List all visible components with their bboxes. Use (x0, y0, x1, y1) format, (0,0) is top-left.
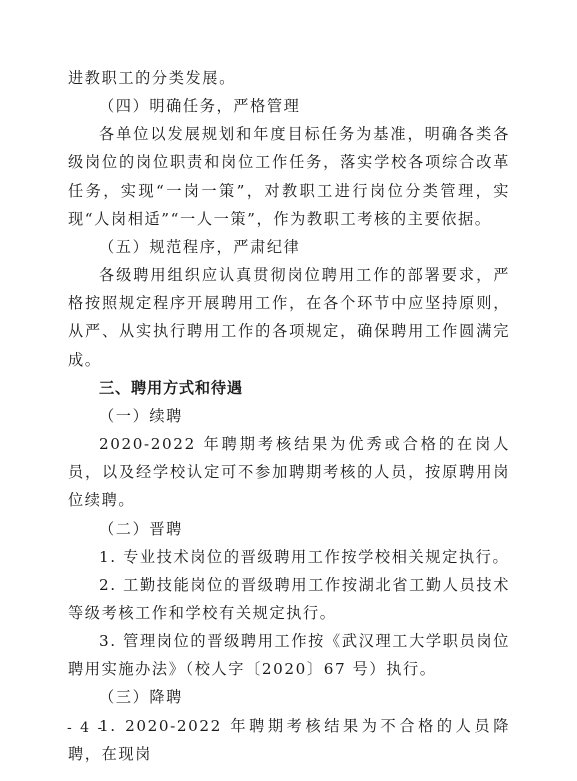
paragraph-continuation: 进教职工的分类发展。 (68, 64, 510, 92)
list-item-promotion-2: 2. 工勤技能岗位的晋级聘用工作按湖北省工勤人员技术等级考核工作和学校有关规定执… (68, 571, 510, 627)
subhead-standardize-procedure: （五）规范程序，严肃纪律 (68, 233, 510, 261)
page-number: - 4 - (67, 720, 104, 736)
subhead-clarify-tasks: （四）明确任务，严格管理 (68, 92, 510, 120)
subhead-promotion: （二）晋聘 (68, 515, 510, 543)
document-page: 进教职工的分类发展。 （四）明确任务，严格管理 各单位以发展规划和年度目标任务为… (0, 0, 577, 781)
paragraph-task-management: 各单位以发展规划和年度目标任务为基准，明确各类各级岗位的岗位职责和岗位工作任务，… (68, 120, 510, 233)
section-heading-employment-methods: 三、聘用方式和待遇 (68, 374, 510, 402)
paragraph-renewal: 2020-2022 年聘期考核结果为优秀或合格的在岗人员，以及经学校认定可不参加… (68, 430, 510, 514)
paragraph-procedure-discipline: 各级聘用组织应认真贯彻岗位聘用工作的部署要求，严格按照规定程序开展聘用工作，在各… (68, 261, 510, 374)
document-body: 进教职工的分类发展。 （四）明确任务，严格管理 各单位以发展规划和年度目标任务为… (68, 64, 510, 768)
subhead-demotion: （三）降聘 (68, 683, 510, 711)
list-item-demotion-1: 1. 2020-2022 年聘期考核结果为不合格的人员降聘，在现岗 (68, 712, 510, 768)
subhead-renewal: （一）续聘 (68, 402, 510, 430)
list-item-promotion-3: 3. 管理岗位的晋级聘用工作按《武汉理工大学职员岗位聘用实施办法》（校人字〔20… (68, 627, 510, 683)
list-item-promotion-1: 1. 专业技术岗位的晋级聘用工作按学校相关规定执行。 (68, 543, 510, 571)
